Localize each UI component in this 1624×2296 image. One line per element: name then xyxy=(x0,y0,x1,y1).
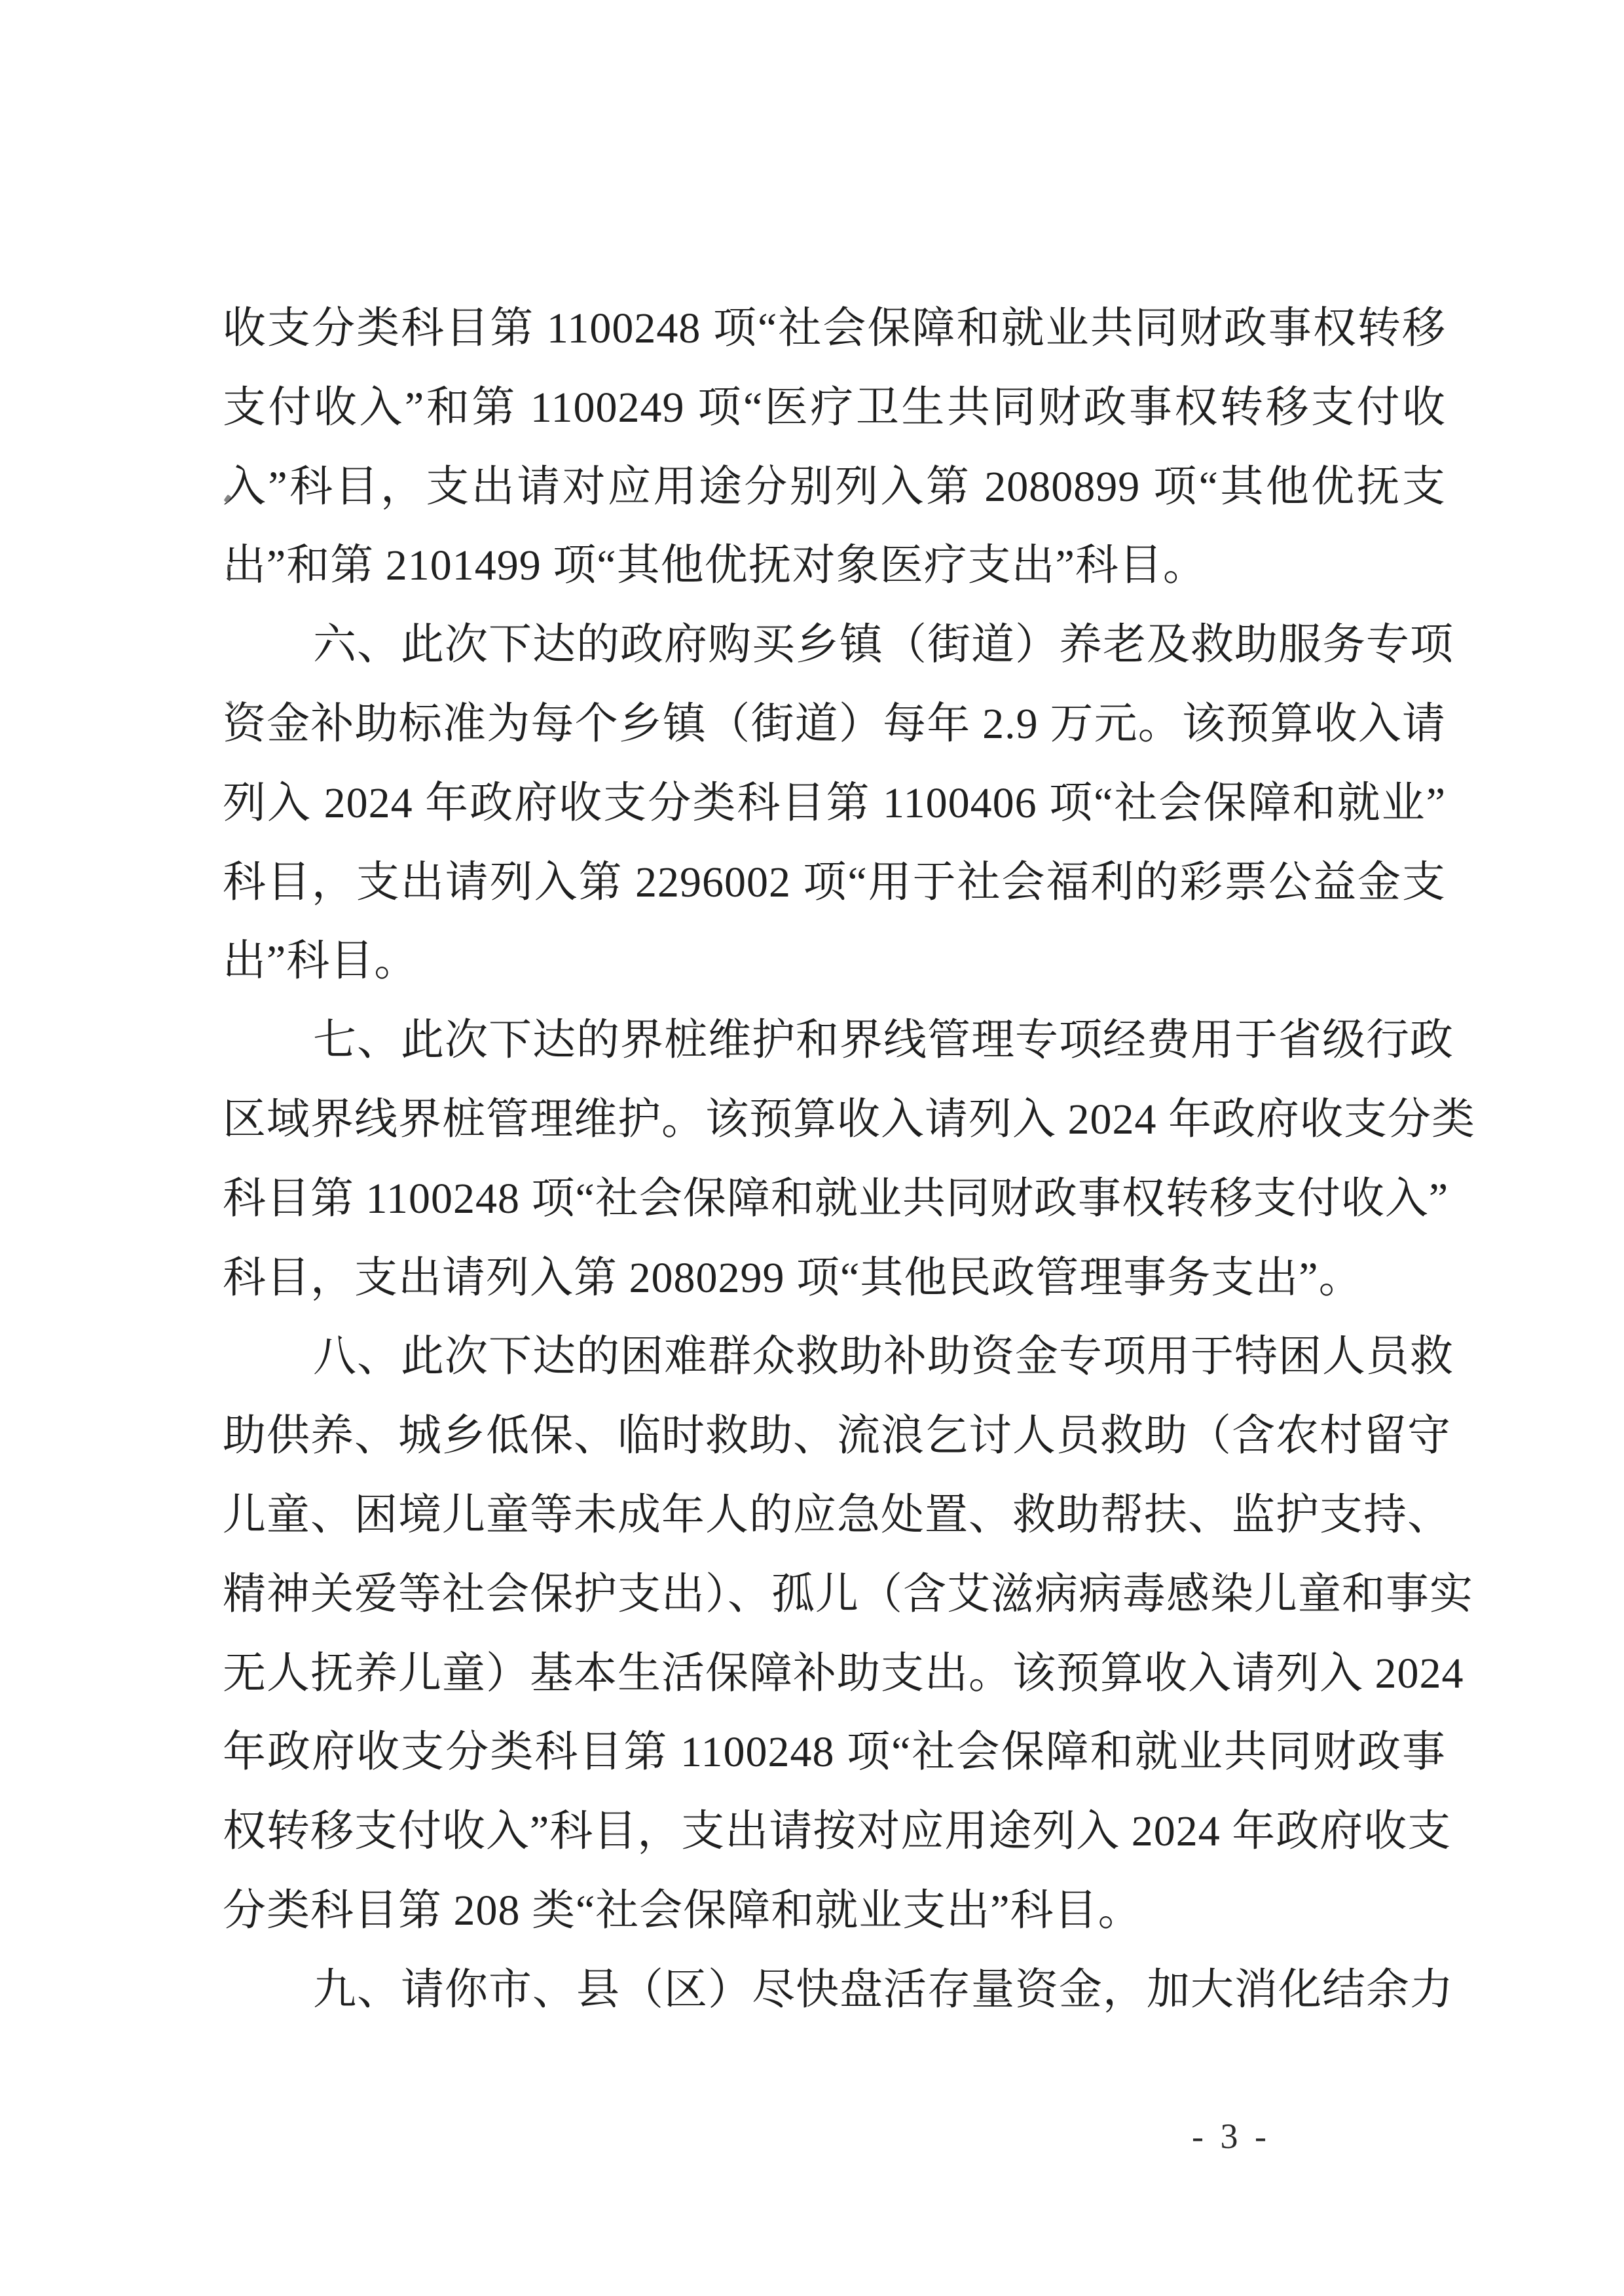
text-line-13: 科目，支出请列入第 2080299 项“其他民政管理事务支出”。 xyxy=(223,1239,1446,1318)
text-line-18: 无人抚养儿童）基本生活保障补助支出。该预算收入请列入 2024 xyxy=(223,1635,1446,1714)
text-line-21: 分类科目第 208 类“社会保障和就业支出”科目。 xyxy=(223,1872,1446,1951)
text-line-2: 支付收入”和第 1100249 项“医疗卫生共同财政事权转移支付收 xyxy=(223,369,1446,448)
scan-speck xyxy=(229,701,232,707)
text-line-15: 助供养、城乡低保、临时救助、流浪乞讨人员救助（含农村留守 xyxy=(223,1397,1446,1476)
text-line-11: 区域界线界桩管理维护。该预算收入请列入 2024 年政府收支分类 xyxy=(223,1081,1446,1160)
text-line-5: 六、此次下达的政府购买乡镇（街道）养老及救助服务专项 xyxy=(223,606,1446,685)
text-line-1: 收支分类科目第 1100248 项“社会保障和就业共同财政事权转移 xyxy=(223,289,1446,369)
text-line-22: 九、请你市、县（区）尽快盘活存量资金，加大消化结余力 xyxy=(223,1951,1446,2030)
text-line-20: 权转移支付收入”科目，支出请按对应用途列入 2024 年政府收支 xyxy=(223,1792,1446,1872)
page-number: - 3 - xyxy=(1153,2117,1310,2156)
text-line-19: 年政府收支分类科目第 1100248 项“社会保障和就业共同财政事 xyxy=(223,1713,1446,1792)
text-line-17: 精神关爱等社会保护支出）、孤儿（含艾滋病病毒感染儿童和事实 xyxy=(223,1555,1446,1635)
text-line-7: 列入 2024 年政府收支分类科目第 1100406 项“社会保障和就业” xyxy=(223,764,1446,843)
document-body: 收支分类科目第 1100248 项“社会保障和就业共同财政事权转移支付收入”和第… xyxy=(223,289,1446,2030)
text-line-4: 出”和第 2101499 项“其他优抚对象医疗支出”科目。 xyxy=(223,527,1446,606)
text-line-8: 科目，支出请列入第 2296002 项“用于社会福利的彩票公益金支 xyxy=(223,843,1446,923)
text-line-12: 科目第 1100248 项“社会保障和就业共同财政事权转移支付收入” xyxy=(223,1160,1446,1239)
scan-speck xyxy=(228,576,231,580)
text-line-3: 入”科目，支出请对应用途分别列入第 2080899 项“其他优抚支 xyxy=(223,448,1446,527)
text-line-9: 出”科目。 xyxy=(223,922,1446,1001)
text-line-6: 资金补助标准为每个乡镇（街道）每年 2.9 万元。该预算收入请 xyxy=(223,685,1446,764)
text-line-14: 八、此次下达的困难群众救助补助资金专项用于特困人员救 xyxy=(223,1318,1446,1397)
text-line-10: 七、此次下达的界桩维护和界线管理专项经费用于省级行政 xyxy=(223,1001,1446,1081)
document-page: 收支分类科目第 1100248 项“社会保障和就业共同财政事权转移支付收入”和第… xyxy=(0,0,1624,2296)
scan-speck xyxy=(227,566,231,572)
text-line-16: 儿童、困境儿童等未成年人的应急处置、救助帮扶、监护支持、 xyxy=(223,1476,1446,1555)
